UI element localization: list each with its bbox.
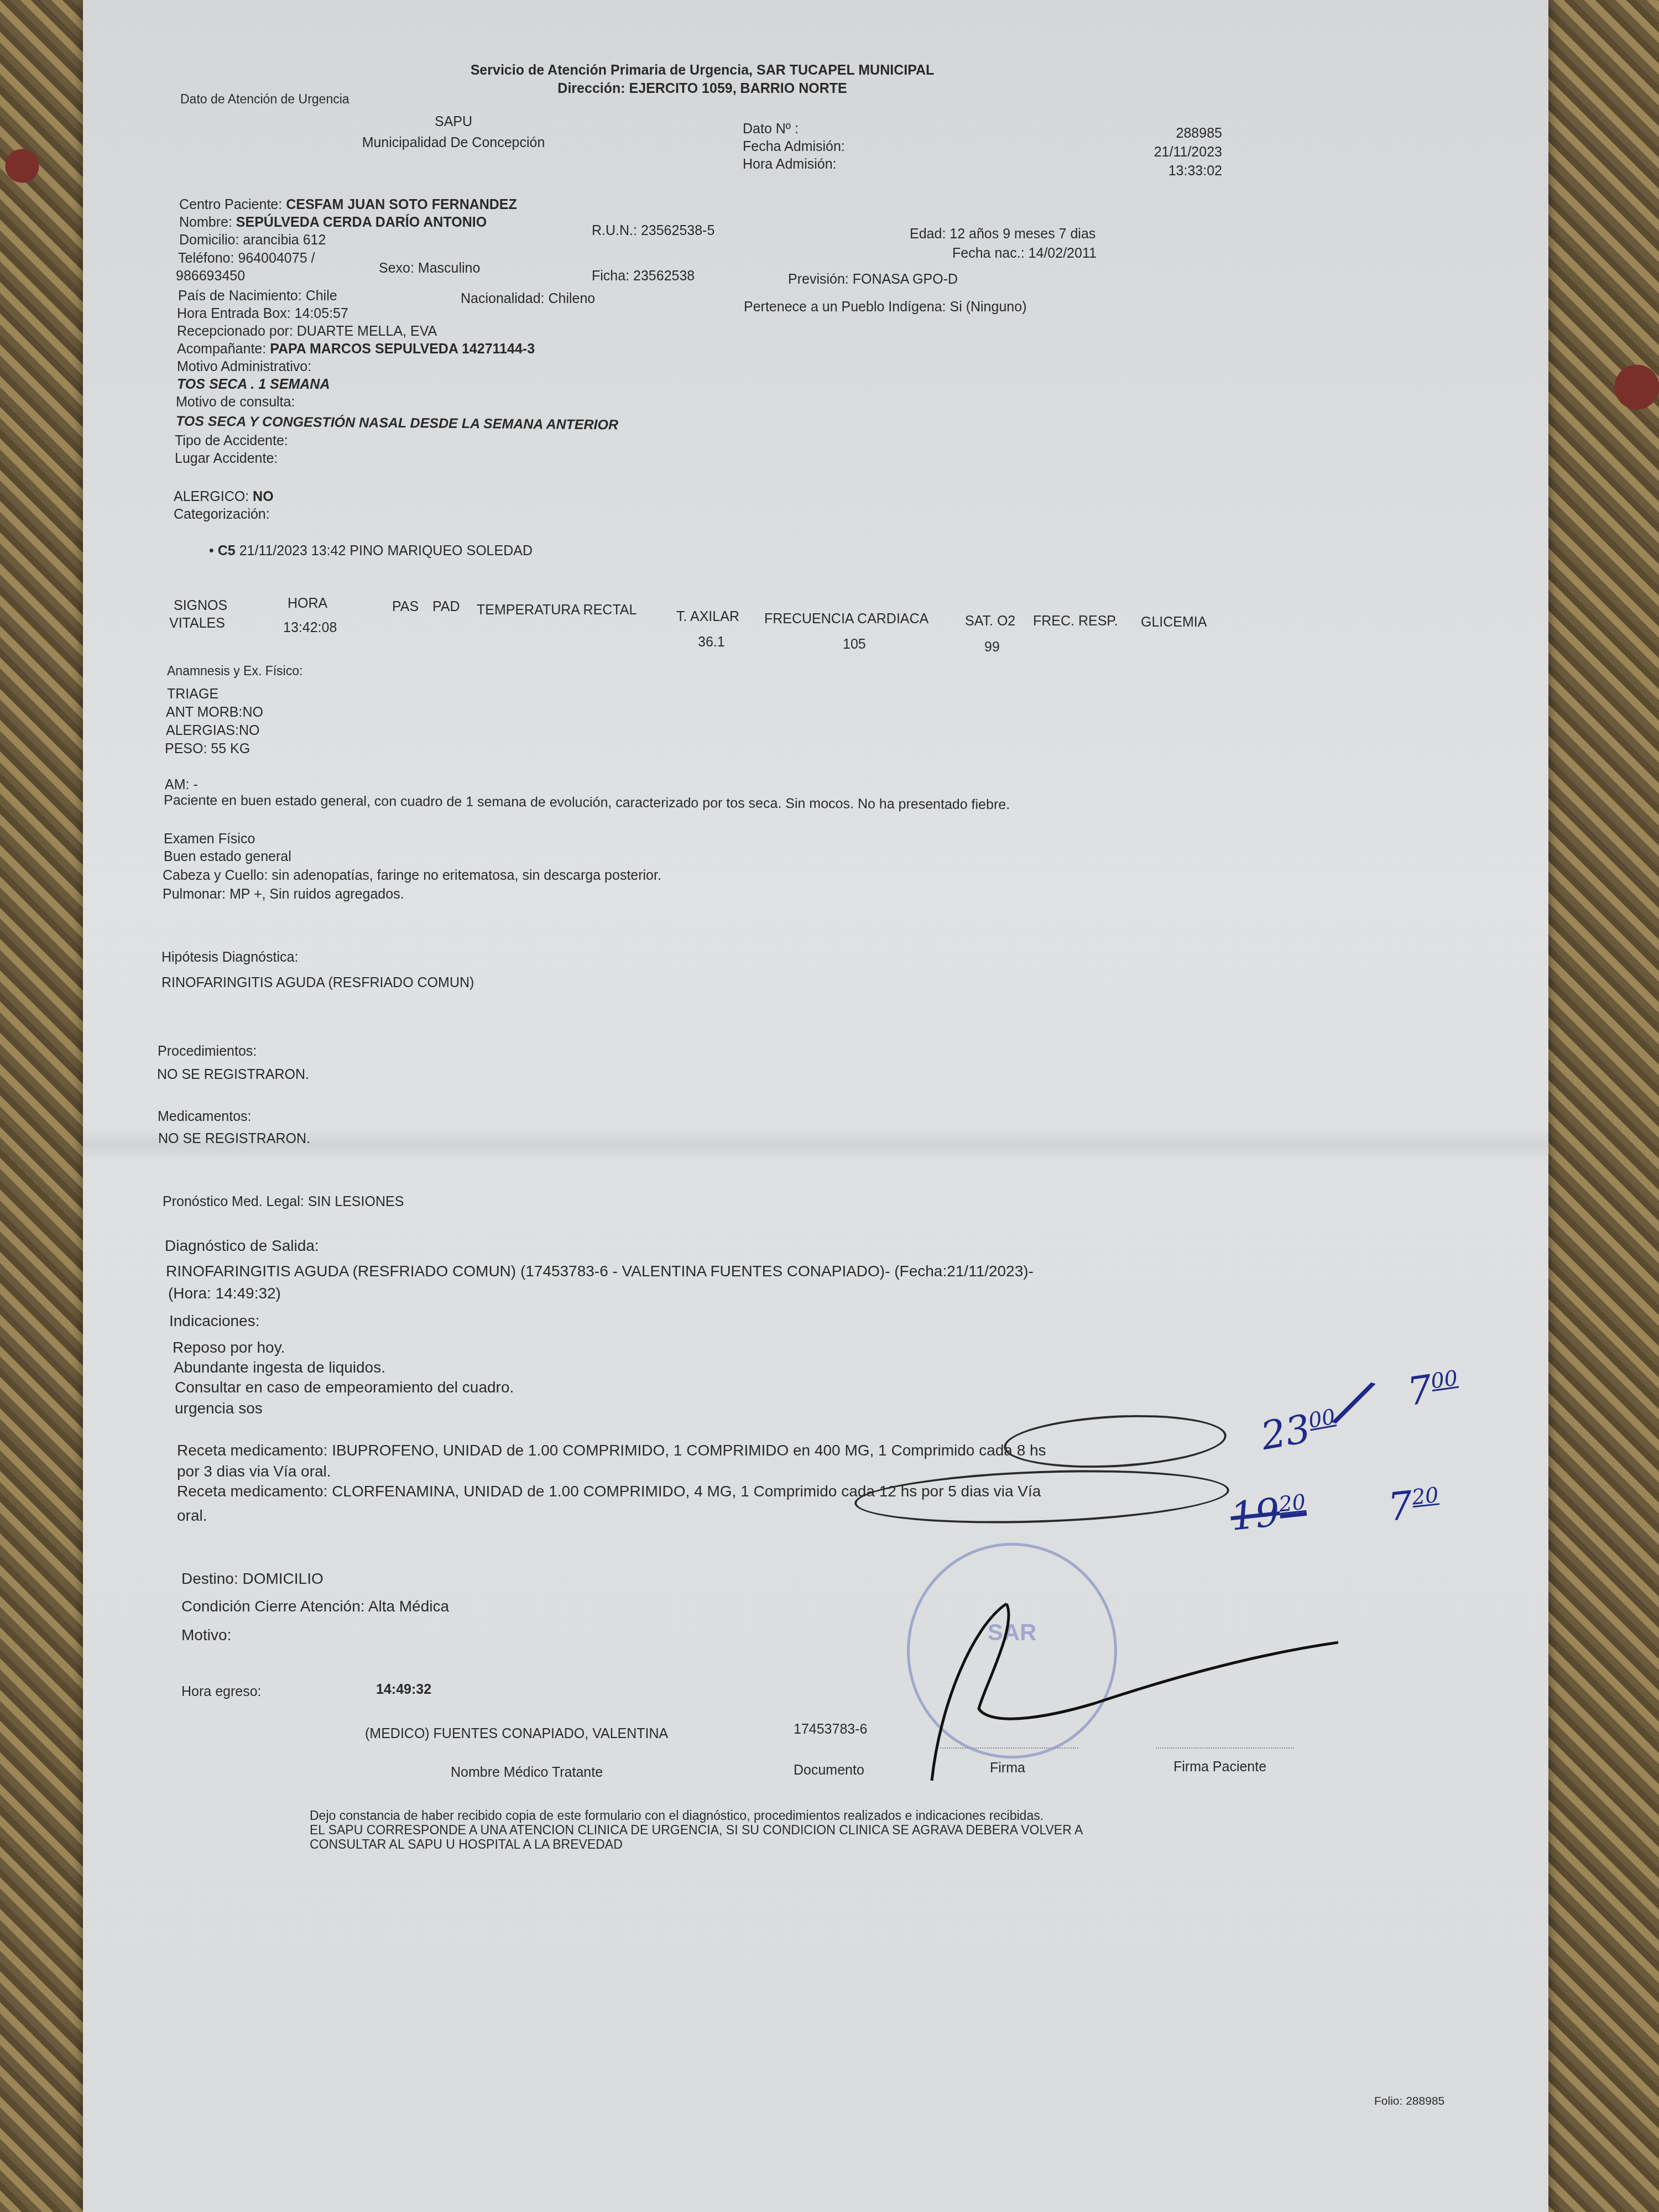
motivo-cierre: Motivo: (181, 1626, 231, 1645)
vitals-col-hora: HORA (288, 595, 327, 612)
indicacion-item: Abundante ingesta de liquidos. (174, 1358, 385, 1377)
examen-line: Buen estado general (164, 848, 291, 865)
medico-tratante: (MEDICO) FUENTES CONAPIADO, VALENTINA (365, 1725, 668, 1742)
vitals-col-temp-rectal: TEMPERATURA RECTAL (477, 602, 637, 618)
tipo-accidente: Tipo de Accidente: (175, 432, 288, 449)
examen-label: Examen Físico (164, 831, 255, 847)
medico-documento: 17453783-6 (794, 1721, 867, 1738)
vitals-col-freq-resp: FREC. RESP. (1033, 613, 1118, 629)
vitals-col-freq-cardiaca: FRECUENCIA CARDIACA (764, 611, 928, 627)
examen-line: Cabeza y Cuello: sin adenopatías, faring… (163, 867, 661, 884)
patient-address: Domicilio: arancibia 612 (179, 232, 326, 248)
vitals-label-2: VITALES (169, 615, 225, 632)
vitals-hora: 13:42:08 (283, 619, 337, 636)
handwritten-time-note: 720 (1386, 1479, 1442, 1530)
medicamentos-value: NO SE REGISTRARON. (158, 1130, 310, 1147)
hora-admision-label: Hora Admisión: (743, 156, 837, 173)
disclaimer: CONSULTAR AL SAPU U HOSPITAL A LA BREVED… (310, 1837, 623, 1853)
patient-nationality: Nacionalidad: Chileno (461, 290, 595, 307)
dato-value: 288985 (1051, 125, 1222, 142)
anamnesis-line: PESO: 55 KG (165, 740, 250, 757)
receta-ibuprofeno: Receta medicamento: IBUPROFENO, UNIDAD d… (177, 1441, 1046, 1460)
nombre-medico-label: Nombre Médico Tratante (451, 1764, 603, 1781)
disclaimer: EL SAPU CORRESPONDE A UNA ATENCION CLINI… (310, 1823, 1083, 1838)
indicacion-item: Consultar en caso de empeoramiento del c… (175, 1378, 514, 1397)
vitals-sat-o2: 99 (984, 639, 1000, 655)
org-name: SAPU (343, 113, 564, 130)
categorizacion-item: • C5 21/11/2023 13:42 PINO MARIQUEO SOLE… (209, 542, 533, 559)
hora-egreso-value: 14:49:32 (376, 1681, 431, 1698)
patient-ficha: Ficha: 23562538 (592, 268, 695, 284)
anamnesis-line: ALERGIAS:NO (166, 722, 260, 739)
patient-birthdate: Fecha nac.: 14/02/2011 (952, 245, 1097, 262)
motivo-administrativo-value: TOS SECA . 1 SEMANA (177, 376, 330, 393)
vitals-col-sat-o2: SAT. O2 (965, 613, 1015, 629)
hora-admision-value: 13:33:02 (1051, 163, 1222, 179)
patient-name: Nombre: SEPÚLVEDA CERDA DARÍO ANTONIO (179, 214, 487, 231)
patient-sex: Sexo: Masculino (379, 260, 480, 276)
dato-label: Dato Nº : (743, 121, 799, 137)
condicion-cierre: Condición Cierre Atención: Alta Médica (181, 1597, 449, 1616)
indicacion-item: urgencia sos (175, 1399, 263, 1418)
documento-label: Documento (794, 1762, 864, 1778)
diagnostico-salida-label: Diagnóstico de Salida: (165, 1237, 319, 1255)
receta-clorfenamina-cont: oral. (177, 1506, 207, 1525)
diagnostico-salida-hora: (Hora: 14:49:32) (168, 1284, 281, 1303)
disclaimer: Dejo constancia de haber recibido copia … (310, 1808, 1044, 1824)
patient-prevision: Previsión: FONASA GPO-D (788, 271, 958, 288)
vitals-t-axilar: 36.1 (698, 634, 725, 650)
anamnesis-line: TRIAGE (167, 686, 218, 702)
anamnesis-line: ANT MORB:NO (166, 704, 263, 721)
recepcionado-por: Recepcionado por: DUARTE MELLA, EVA (177, 323, 437, 340)
indicaciones-label: Indicaciones: (169, 1312, 259, 1331)
procedimientos-value: NO SE REGISTRARON. (157, 1066, 309, 1083)
examen-line: Pulmonar: MP +, Sin ruidos agregados. (163, 886, 404, 902)
hipotesis-value: RINOFARINGITIS AGUDA (RESFRIADO COMUN) (161, 974, 474, 991)
indicacion-item: Reposo por hoy. (173, 1338, 285, 1357)
hipotesis-label: Hipótesis Diagnóstica: (161, 949, 298, 966)
fecha-admision-value: 21/11/2023 (1051, 144, 1222, 160)
alergico: ALERGICO: NO (174, 488, 274, 505)
centro-paciente: Centro Paciente: CESFAM JUAN SOTO FERNAN… (179, 196, 517, 213)
folio-number: Folio: 288985 (1374, 2094, 1444, 2108)
vitals-freq-cardiaca: 105 (843, 636, 866, 653)
categorizacion-label: Categorización: (174, 506, 270, 523)
destino: Destino: DOMICILIO (181, 1569, 324, 1588)
am-label: AM: - (165, 776, 198, 793)
patient-phone: Teléfono: 964004075 / (178, 250, 315, 267)
lugar-accidente: Lugar Accidente: (175, 450, 278, 467)
handwritten-time-note: 700 (1405, 1363, 1462, 1415)
hora-egreso-label: Hora egreso: (181, 1683, 262, 1700)
form-address: Dirección: EJERCITO 1059, BARRIO NORTE (387, 80, 1018, 97)
acompanante: Acompañante: PAPA MARCOS SEPULVEDA 14271… (177, 341, 535, 357)
doctor-signature (929, 1593, 1338, 1781)
medicamentos-label: Medicamentos: (158, 1108, 252, 1125)
org-municipality: Municipalidad De Concepción (343, 134, 564, 151)
motivo-consulta-label: Motivo de consulta: (176, 394, 295, 410)
motivo-administrativo-label: Motivo Administrativo: (177, 358, 311, 375)
patient-phone-2: 986693450 (176, 268, 245, 284)
vitals-col-pad: PAD (432, 598, 460, 615)
procedimientos-label: Procedimientos: (158, 1043, 257, 1060)
vitals-col-t-axilar: T. AXILAR (676, 608, 739, 625)
patient-country: País de Nacimiento: Chile (178, 288, 337, 304)
patient-run: R.U.N.: 23562538-5 (592, 222, 714, 239)
form-title: Servicio de Atención Primaria de Urgenci… (387, 62, 1018, 79)
section-label: Dato de Atención de Urgencia (180, 92, 349, 107)
vitals-label: SIGNOS (174, 597, 227, 614)
handwritten-time-note: 1920 (1228, 1486, 1308, 1540)
fecha-admision-label: Fecha Admisión: (743, 138, 845, 155)
diagnostico-salida-value: RINOFARINGITIS AGUDA (RESFRIADO COMUN) (… (166, 1262, 1034, 1281)
patient-age: Edad: 12 años 9 meses 7 dias (910, 226, 1095, 242)
hora-entrada-box: Hora Entrada Box: 14:05:57 (177, 305, 348, 322)
pronostico: Pronóstico Med. Legal: SIN LESIONES (163, 1193, 404, 1210)
vitals-col-pas: PAS (392, 598, 419, 615)
receta-ibuprofeno-cont: por 3 dias via Vía oral. (177, 1462, 331, 1481)
anamnesis-label: Anamnesis y Ex. Físico: (167, 664, 302, 679)
patient-indigenous: Pertenece a un Pueblo Indígena: Si (Ning… (744, 299, 1026, 315)
vitals-col-glicemia: GLICEMIA (1141, 614, 1207, 630)
